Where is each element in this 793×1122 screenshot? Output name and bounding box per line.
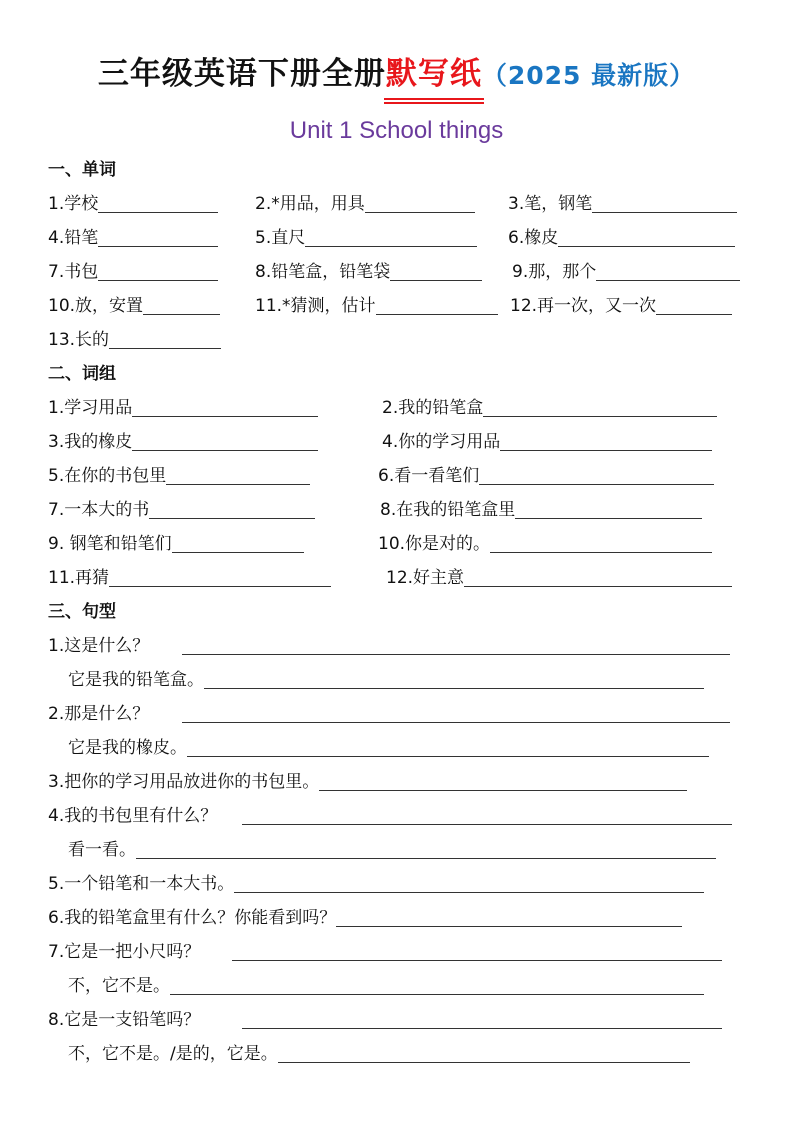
sentence-item: 不，它不是。/是的，它是。 bbox=[68, 1042, 690, 1066]
phrase-label: 3.我的橡皮 bbox=[48, 430, 132, 454]
sentence-label: 不，它不是。/是的，它是。 bbox=[68, 1042, 278, 1066]
word-item: 5.直尺 bbox=[255, 226, 477, 250]
title-main: 三年级英语下册全册 bbox=[98, 56, 386, 92]
answer-blank[interactable] bbox=[336, 908, 682, 927]
phrase-item: 8.在我的铅笔盒里 bbox=[380, 498, 702, 522]
answer-blank[interactable] bbox=[592, 194, 737, 213]
section-heading-words: 一、单词 bbox=[48, 158, 116, 182]
word-item: 13.长的 bbox=[48, 328, 221, 352]
phrase-item: 3.我的橡皮 bbox=[48, 430, 318, 454]
answer-blank[interactable] bbox=[483, 398, 717, 417]
sentence-item: 它是我的铅笔盒。 bbox=[68, 668, 704, 692]
sentence-item: 2.那是什么？ bbox=[48, 702, 730, 726]
answer-blank[interactable] bbox=[464, 568, 732, 587]
phrase-item: 1.学习用品 bbox=[48, 396, 318, 420]
sentence-label: 3.把你的学习用品放进你的书包里。 bbox=[48, 770, 319, 794]
word-label: 1.学校 bbox=[48, 192, 98, 216]
phrase-item: 4.你的学习用品 bbox=[382, 430, 712, 454]
sentence-item: 6.我的铅笔盒里有什么？你能看到吗？ bbox=[48, 906, 682, 930]
sentence-label: 1.这是什么？ bbox=[48, 634, 182, 658]
answer-blank[interactable] bbox=[234, 874, 704, 893]
unit-title: Unit 1 School things bbox=[0, 116, 793, 146]
answer-blank[interactable] bbox=[172, 534, 304, 553]
word-item: 4.铅笔 bbox=[48, 226, 218, 250]
sentence-label: 2.那是什么？ bbox=[48, 702, 182, 726]
answer-blank[interactable] bbox=[132, 432, 318, 451]
word-label: 11.*猜测，估计 bbox=[255, 294, 376, 318]
answer-blank[interactable] bbox=[136, 840, 716, 859]
sentence-label: 8.它是一支铅笔吗？ bbox=[48, 1008, 242, 1032]
word-label: 8.铅笔盒，铅笔袋 bbox=[255, 260, 390, 284]
phrase-label: 10.你是对的。 bbox=[378, 532, 490, 556]
word-item: 9.那，那个 bbox=[512, 260, 740, 284]
answer-blank[interactable] bbox=[182, 636, 730, 655]
sentence-label: 看一看。 bbox=[68, 838, 136, 862]
phrase-label: 6.看一看笔们 bbox=[378, 464, 479, 488]
phrase-item: 6.看一看笔们 bbox=[378, 464, 714, 488]
phrase-label: 9. 钢笔和铅笔们 bbox=[48, 532, 172, 556]
word-label: 5.直尺 bbox=[255, 226, 305, 250]
worksheet-title: 三年级英语下册全册默写纸（2025 最新版） bbox=[0, 52, 793, 98]
sentence-item: 不，它不是。 bbox=[68, 974, 704, 998]
sentence-item: 8.它是一支铅笔吗？ bbox=[48, 1008, 722, 1032]
answer-blank[interactable] bbox=[242, 1010, 722, 1029]
answer-blank[interactable] bbox=[109, 330, 221, 349]
title-edition: （2025 最新版） bbox=[482, 61, 695, 90]
word-item: 11.*猜测，估计 bbox=[255, 294, 498, 318]
section-heading-sentences: 三、句型 bbox=[48, 600, 116, 624]
word-item: 8.铅笔盒，铅笔袋 bbox=[255, 260, 482, 284]
answer-blank[interactable] bbox=[242, 806, 732, 825]
word-item: 3.笔，钢笔 bbox=[508, 192, 737, 216]
answer-blank[interactable] bbox=[232, 942, 722, 961]
phrase-item: 11.再猜 bbox=[48, 566, 331, 590]
phrase-item: 9. 钢笔和铅笔们 bbox=[48, 532, 304, 556]
answer-blank[interactable] bbox=[319, 772, 687, 791]
answer-blank[interactable] bbox=[166, 466, 310, 485]
word-item: 2.*用品，用具 bbox=[255, 192, 475, 216]
word-item: 7.书包 bbox=[48, 260, 218, 284]
answer-blank[interactable] bbox=[98, 262, 218, 281]
answer-blank[interactable] bbox=[149, 500, 315, 519]
phrase-item: 7.一本大的书 bbox=[48, 498, 315, 522]
title-highlight: 默写纸 bbox=[386, 52, 482, 96]
sentence-item: 7.它是一把小尺吗？ bbox=[48, 940, 722, 964]
word-label: 13.长的 bbox=[48, 328, 109, 352]
phrase-item: 10.你是对的。 bbox=[378, 532, 712, 556]
word-label: 2.*用品，用具 bbox=[255, 192, 365, 216]
sentence-item: 1.这是什么？ bbox=[48, 634, 730, 658]
phrase-label: 5.在你的书包里 bbox=[48, 464, 166, 488]
answer-blank[interactable] bbox=[365, 194, 475, 213]
answer-blank[interactable] bbox=[182, 704, 730, 723]
answer-blank[interactable] bbox=[500, 432, 712, 451]
word-label: 7.书包 bbox=[48, 260, 98, 284]
answer-blank[interactable] bbox=[596, 262, 740, 281]
sentence-label: 5.一个铅笔和一本大书。 bbox=[48, 872, 234, 896]
answer-blank[interactable] bbox=[204, 670, 704, 689]
answer-blank[interactable] bbox=[170, 976, 704, 995]
word-label: 12.再一次，又一次 bbox=[510, 294, 656, 318]
sentence-item: 看一看。 bbox=[68, 838, 716, 862]
sentence-label: 6.我的铅笔盒里有什么？你能看到吗？ bbox=[48, 906, 336, 930]
answer-blank[interactable] bbox=[143, 296, 220, 315]
phrase-label: 12.好主意 bbox=[386, 566, 464, 590]
answer-blank[interactable] bbox=[98, 194, 218, 213]
phrase-label: 1.学习用品 bbox=[48, 396, 132, 420]
phrase-label: 2.我的铅笔盒 bbox=[382, 396, 483, 420]
sentence-label: 不，它不是。 bbox=[68, 974, 170, 998]
sentence-label: 它是我的橡皮。 bbox=[68, 736, 187, 760]
answer-blank[interactable] bbox=[490, 534, 712, 553]
word-label: 9.那，那个 bbox=[512, 260, 596, 284]
phrase-item: 2.我的铅笔盒 bbox=[382, 396, 717, 420]
answer-blank[interactable] bbox=[515, 500, 702, 519]
word-label: 3.笔，钢笔 bbox=[508, 192, 592, 216]
phrase-label: 7.一本大的书 bbox=[48, 498, 149, 522]
section-heading-phrases: 二、词组 bbox=[48, 362, 116, 386]
answer-blank[interactable] bbox=[109, 568, 331, 587]
word-item: 1.学校 bbox=[48, 192, 218, 216]
phrase-label: 11.再猜 bbox=[48, 566, 109, 590]
phrase-label: 8.在我的铅笔盒里 bbox=[380, 498, 515, 522]
answer-blank[interactable] bbox=[278, 1044, 690, 1063]
answer-blank[interactable] bbox=[656, 296, 732, 315]
answer-blank[interactable] bbox=[376, 296, 498, 315]
word-item: 10.放，安置 bbox=[48, 294, 220, 318]
answer-blank[interactable] bbox=[558, 228, 735, 247]
word-label: 10.放，安置 bbox=[48, 294, 143, 318]
word-item: 6.橡皮 bbox=[508, 226, 735, 250]
answer-blank[interactable] bbox=[187, 738, 709, 757]
sentence-label: 7.它是一把小尺吗？ bbox=[48, 940, 232, 964]
phrase-item: 5.在你的书包里 bbox=[48, 464, 310, 488]
sentence-item: 3.把你的学习用品放进你的书包里。 bbox=[48, 770, 687, 794]
phrase-label: 4.你的学习用品 bbox=[382, 430, 500, 454]
answer-blank[interactable] bbox=[479, 466, 714, 485]
answer-blank[interactable] bbox=[98, 228, 218, 247]
sentence-item: 它是我的橡皮。 bbox=[68, 736, 709, 760]
phrase-item: 12.好主意 bbox=[386, 566, 732, 590]
word-item: 12.再一次，又一次 bbox=[510, 294, 732, 318]
word-label: 4.铅笔 bbox=[48, 226, 98, 250]
sentence-item: 4.我的书包里有什么？ bbox=[48, 804, 732, 828]
answer-blank[interactable] bbox=[305, 228, 477, 247]
sentence-label: 4.我的书包里有什么？ bbox=[48, 804, 242, 828]
answer-blank[interactable] bbox=[390, 262, 482, 281]
sentence-label: 它是我的铅笔盒。 bbox=[68, 668, 204, 692]
word-label: 6.橡皮 bbox=[508, 226, 558, 250]
answer-blank[interactable] bbox=[132, 398, 318, 417]
sentence-item: 5.一个铅笔和一本大书。 bbox=[48, 872, 704, 896]
